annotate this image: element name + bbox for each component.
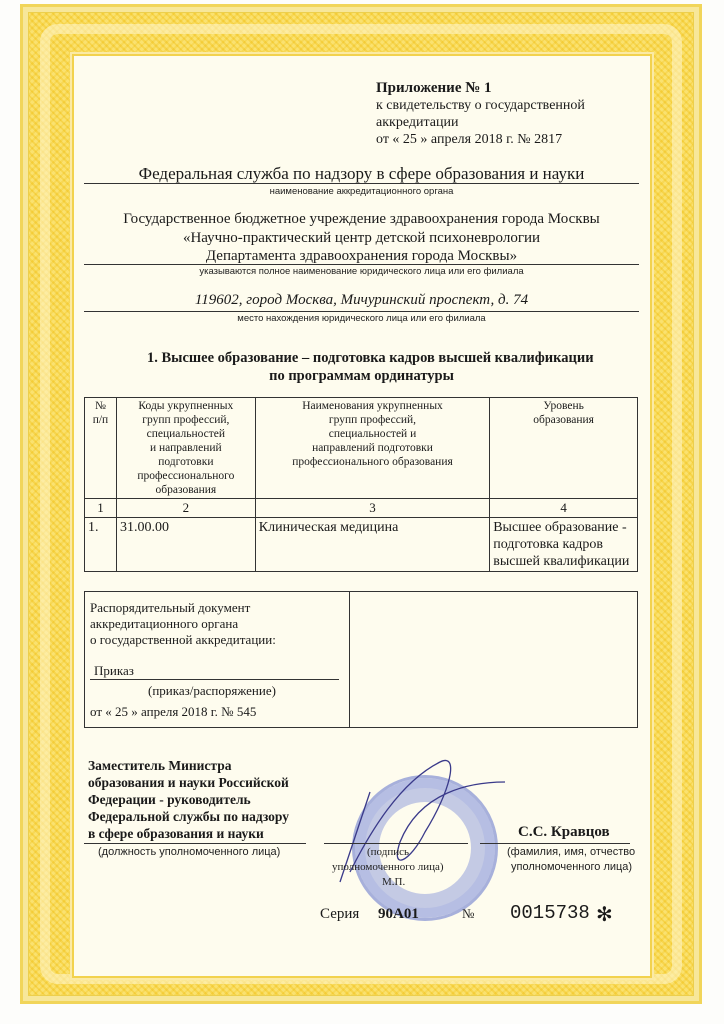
- row-level: Высшее образование - подготовка кадров в…: [490, 518, 638, 572]
- order-box-empty-cell: [350, 592, 637, 727]
- name-caption-line-2: уполномоченного лица): [511, 861, 632, 873]
- seal-label: М.П.: [382, 876, 405, 888]
- organization-address: 119602, город Москва, Мичуринский проспе…: [84, 292, 639, 309]
- column-number: 1: [85, 499, 117, 518]
- signature-caption-line-2: уполномоченного лица): [332, 861, 444, 873]
- signature-caption-line-1: (подпись: [367, 846, 409, 858]
- header-level: Уровень образования: [490, 398, 638, 499]
- underline: [480, 843, 630, 844]
- accrediting-body-caption: наименование аккредитационного органа: [84, 186, 639, 197]
- organization-caption: указываются полное наименование юридичес…: [84, 266, 639, 277]
- name-caption-line-1: (фамилия, имя, отчество: [507, 846, 635, 858]
- row-number: 1.: [85, 518, 117, 572]
- underline: [84, 843, 306, 844]
- address-caption: место нахождения юридического лица или е…: [84, 313, 639, 324]
- signer-position-caption: (должность уполномоченного лица): [98, 846, 280, 858]
- row-code: 31.00.00: [116, 518, 255, 572]
- appendix-date-number: от « 25 » апреля 2018 г. № 2817: [376, 132, 562, 148]
- handwritten-signature-icon: [330, 752, 510, 902]
- section-title-line-2: по программам ординатуры: [84, 367, 639, 385]
- number-label: №: [462, 906, 474, 922]
- column-number: 4: [490, 499, 638, 518]
- order-label-line-1: Распорядительный документ: [90, 600, 344, 616]
- table-row: 1. 31.00.00 Клиническая медицина Высшее …: [85, 518, 638, 572]
- appendix-line-2: аккредитации: [376, 115, 458, 131]
- signer-position-line: Федерации - руководитель: [88, 791, 289, 808]
- organization-name-line-1: Государственное бюджетное учреждение здр…: [84, 210, 639, 229]
- column-number: 2: [116, 499, 255, 518]
- section-title-line-1: 1. Высшее образование – подготовка кадро…: [147, 349, 594, 367]
- order-type: Приказ: [90, 663, 339, 680]
- asterisk-mark-icon: ✻: [596, 902, 613, 927]
- order-document-details: Распорядительный документ аккредитационн…: [85, 592, 350, 727]
- order-type-caption: (приказ/распоряжение): [90, 683, 344, 699]
- series-label: Серия: [320, 906, 359, 923]
- underline: [84, 264, 639, 265]
- column-number: 3: [255, 499, 489, 518]
- signer-position-line: образования и науки Российской: [88, 774, 289, 791]
- underline: [324, 843, 468, 844]
- signer-name: С.С. Кравцов: [518, 824, 610, 841]
- series-value: 90А01: [378, 906, 419, 923]
- organization-name-line-2: «Научно-практический центр детской психо…: [84, 229, 639, 248]
- serial-number: 0015738: [510, 902, 590, 924]
- order-label-line-3: о государственной аккредитации:: [90, 632, 344, 648]
- header-number: № п/п: [85, 398, 117, 499]
- table-header-row: № п/п Коды укрупненных групп профессий, …: [85, 398, 638, 499]
- row-name: Клиническая медицина: [255, 518, 489, 572]
- signer-position-line: в сфере образования и науки: [88, 825, 289, 842]
- signer-position-line: Заместитель Министра: [88, 757, 289, 774]
- signer-position-line: Федеральной службы по надзору: [88, 808, 289, 825]
- underline: [84, 183, 639, 184]
- appendix-title: Приложение № 1: [376, 80, 492, 97]
- order-document-box: Распорядительный документ аккредитационн…: [84, 591, 638, 728]
- header-names: Наименования укрупненных групп профессий…: [255, 398, 489, 499]
- table-column-numbers-row: 1 2 3 4: [85, 499, 638, 518]
- accrediting-body-name: Федеральная служба по надзору в сфере об…: [84, 164, 639, 184]
- header-codes: Коды укрупненных групп профессий, специа…: [116, 398, 255, 499]
- underline: [84, 311, 639, 312]
- programs-table: № п/п Коды укрупненных групп профессий, …: [84, 397, 638, 572]
- signer-position: Заместитель Министра образования и науки…: [88, 757, 289, 842]
- order-date-number: от « 25 » апреля 2018 г. № 545: [90, 704, 344, 720]
- order-label-line-2: аккредитационного органа: [90, 616, 344, 632]
- appendix-line-1: к свидетельству о государственной: [376, 98, 585, 114]
